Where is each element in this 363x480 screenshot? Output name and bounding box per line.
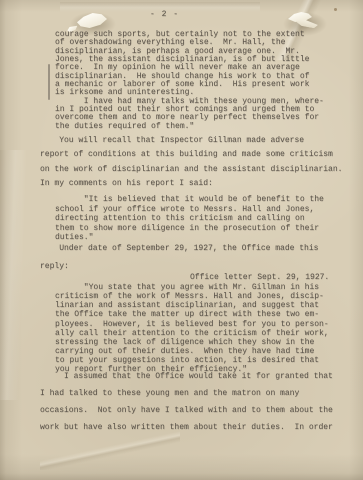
paper-crease <box>0 150 30 400</box>
paragraph-office-reply-intro: Under date of September 29, 1927, the Of… <box>40 240 318 275</box>
margin-emphasis-mark <box>48 64 50 100</box>
page-number: - 2 - <box>150 10 179 19</box>
quoted-comment-on-report: "It is believed that it would be of bene… <box>55 195 324 243</box>
quoted-report-excerpt: courage such sports, but certainly not t… <box>55 31 324 131</box>
office-letter-dateline: Office letter Sept. 29, 1927. <box>190 273 329 282</box>
paragraph-assumed-followup: I assumed that the Office would take it … <box>40 368 333 436</box>
dust-speck <box>334 8 337 11</box>
quoted-office-letter: "You state that you agree with Mr. Gillm… <box>55 283 329 375</box>
document-page: - 2 - courage such sports, but certainly… <box>0 0 363 480</box>
paragraph-gillman-recall: You will recall that Inspector Gillman m… <box>40 134 342 191</box>
